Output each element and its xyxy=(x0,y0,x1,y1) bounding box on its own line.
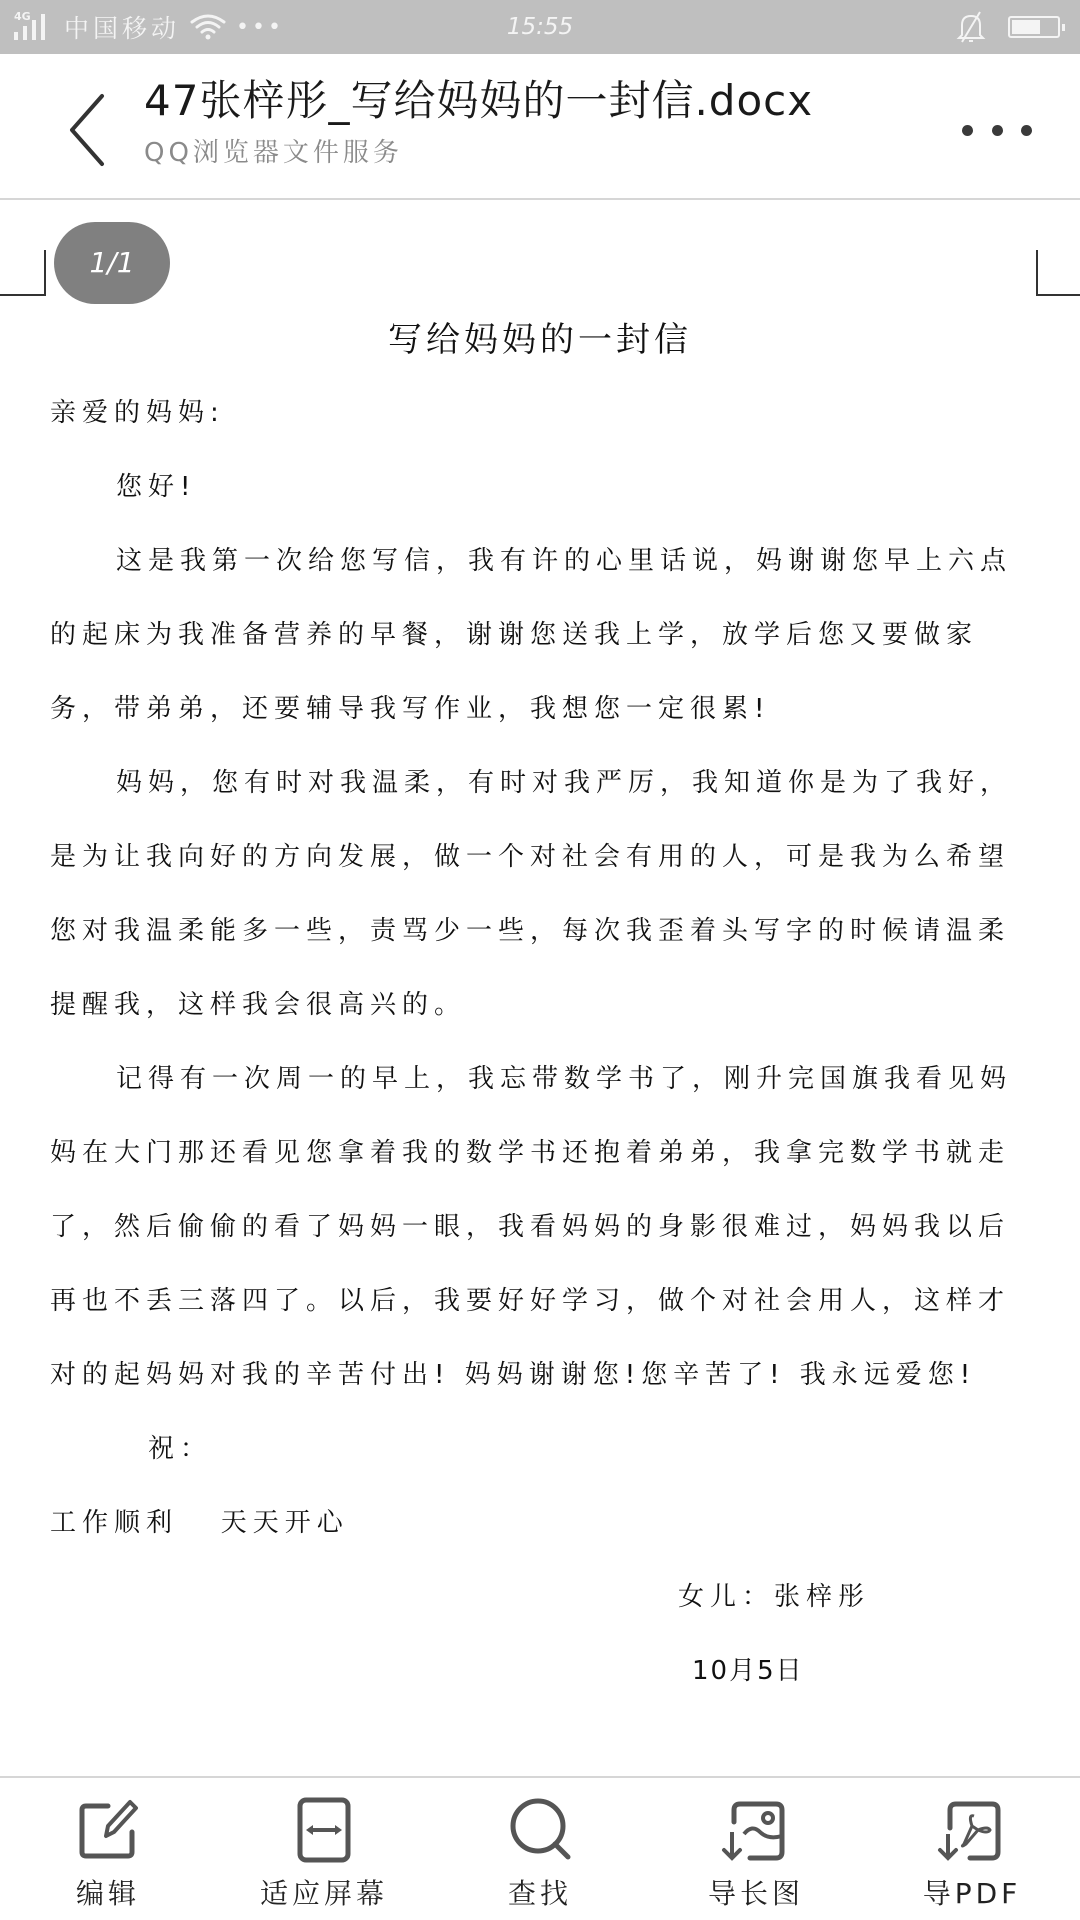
paragraph-line: 亲爱的妈妈: xyxy=(50,392,225,429)
export-long-image-label: 导长图 xyxy=(666,1872,846,1912)
export-pdf-icon xyxy=(936,1794,1008,1866)
search-label: 查找 xyxy=(450,1872,630,1912)
letter-wishes: 工作顺利 天天开心 xyxy=(50,1502,349,1539)
paragraph-line: 的起床为我准备营养的早餐，谢谢您送我上学，放学后您又要做家 xyxy=(50,614,978,651)
paragraph-line: 您对我温柔能多一些，责骂少一些，每次我歪着头写字的时候请温柔 xyxy=(50,910,1010,947)
edit-icon xyxy=(72,1794,144,1866)
paragraph-line: 这是我第一次给您写信，我有许的心里话说，妈谢谢您早上六点 xyxy=(50,540,1012,577)
status-bar: 4G 中国移动 ••• 15:55 xyxy=(0,0,1080,54)
paragraph-line: 了，然后偷偷的看了妈妈一眼，我看妈妈的身影很难过，妈妈我以后 xyxy=(50,1206,1010,1243)
more-horizontal-icon[interactable] xyxy=(962,110,1032,150)
paragraph-line: 您好! xyxy=(50,466,196,503)
search-button[interactable]: 查找 xyxy=(450,1794,630,1914)
export-long-image-icon xyxy=(720,1794,792,1866)
paragraph-line: 对的起妈妈对我的辛苦付出! 妈妈谢谢您!您辛苦了! 我永远爱您! xyxy=(50,1354,976,1391)
page-corner-mark-right xyxy=(1036,250,1080,296)
page-indicator: 1/1 xyxy=(54,222,170,304)
chevron-left-icon[interactable] xyxy=(62,90,118,170)
document-filename: 47张梓彤_写给妈妈的一封信.docx xyxy=(144,68,813,128)
letter-signature: 女儿：张梓彤 xyxy=(678,1576,870,1613)
letter-closing: 祝： xyxy=(148,1428,212,1465)
status-right xyxy=(956,0,1060,54)
export-pdf-button[interactable]: 导PDF xyxy=(882,1794,1062,1914)
paragraph-line: 妈在大门那还看见您拿着我的数学书还抱着弟弟，我拿完数学书就走 xyxy=(50,1132,1010,1169)
letter-date: 10月5日 xyxy=(692,1650,804,1687)
paragraph-line: 再也不丢三落四了。以后，我要好好学习，做个对社会用人，这样才 xyxy=(50,1280,1010,1317)
edit-label: 编辑 xyxy=(18,1872,198,1912)
edit-button[interactable]: 编辑 xyxy=(18,1794,198,1914)
export-long-image-button[interactable]: 导长图 xyxy=(666,1794,846,1914)
fit-screen-icon xyxy=(288,1794,360,1866)
paragraph-line: 务，带弟弟，还要辅导我写作业，我想您一定很累! xyxy=(50,688,770,725)
paragraph-line: 妈妈，您有时对我温柔，有时对我严厉，我知道你是为了我好， xyxy=(50,762,1012,799)
search-icon xyxy=(504,1794,576,1866)
document-heading: 写给妈妈的一封信 xyxy=(50,312,1030,361)
clock: 15:55 xyxy=(0,0,1080,54)
fit-screen-label: 适应屏幕 xyxy=(234,1872,414,1912)
notifications-muted-icon xyxy=(956,11,986,43)
paragraph-line: 记得有一次周一的早上，我忘带数学书了，刚升完国旗我看见妈 xyxy=(50,1058,1012,1095)
battery-icon xyxy=(1008,16,1060,38)
export-pdf-label: 导PDF xyxy=(882,1872,1062,1912)
fit-screen-button[interactable]: 适应屏幕 xyxy=(234,1794,414,1914)
header-subtitle: QQ浏览器文件服务 xyxy=(144,132,403,169)
paragraph-line: 提醒我，这样我会很高兴的。 xyxy=(50,984,466,1021)
app-header: 47张梓彤_写给妈妈的一封信.docx QQ浏览器文件服务 xyxy=(0,54,1080,200)
paragraph-line: 是为让我向好的方向发展，做一个对社会有用的人，可是我为么希望 xyxy=(50,836,1010,873)
bottom-toolbar: 编辑 适应屏幕 查找 导长图 xyxy=(0,1776,1080,1920)
page-corner-mark-left xyxy=(0,250,46,296)
